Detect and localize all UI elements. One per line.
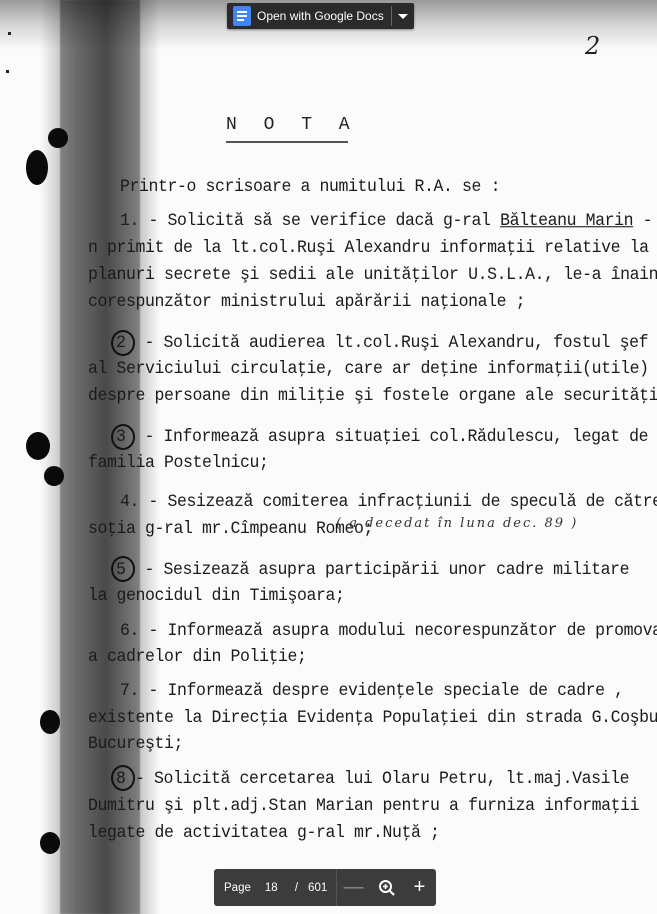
doc-line: Bucureşti;	[88, 733, 183, 754]
minus-icon: —	[344, 876, 364, 899]
google-docs-icon	[233, 6, 251, 26]
punch-hole	[40, 832, 60, 854]
doc-line: Dumitru şi plt.adj.Stan Marian pentru a …	[88, 795, 639, 816]
plus-icon: +	[414, 876, 426, 899]
page-navigator: Page 18 / 601 — +	[214, 869, 436, 906]
zoom-reset-button[interactable]	[370, 869, 403, 906]
title-underline	[226, 141, 348, 143]
handwritten-note: ( a decedat în luna dec. 89 )	[336, 516, 578, 531]
page-total: 601	[308, 882, 330, 894]
underlined-name: Bălteanu Marin	[500, 210, 633, 231]
open-with-label: Open with Google Docs	[257, 9, 384, 23]
doc-line: la genocidul din Timişoara;	[88, 585, 345, 606]
doc-line: corespunzător ministrului apărării naţio…	[88, 291, 525, 312]
document-title: N O T A	[226, 115, 350, 135]
doc-line: 7. - Informează despre evidenţele specia…	[120, 680, 624, 701]
doc-line: 5 - Sesizează asupra participării unor c…	[116, 559, 629, 580]
punch-hole	[44, 466, 64, 486]
doc-line: 3 - Informează asupra situaţiei col.Rădu…	[116, 426, 648, 447]
page-number-input[interactable]: 18	[265, 882, 289, 894]
open-with-dropdown[interactable]	[392, 3, 414, 29]
doc-line: soţia g-ral mr.Cîmpeanu Romeo;	[88, 518, 373, 539]
doc-line: familia Postelnicu;	[88, 452, 269, 473]
doc-line: 4. - Sesizează comiterea infracţiunii de…	[120, 491, 657, 512]
doc-line: legate de activitatea g-ral mr.Nuţă ;	[88, 822, 440, 843]
punch-hole	[26, 150, 48, 185]
doc-line-text: 1. - Solicită să se verifice dacă g-ral	[120, 210, 500, 231]
doc-line: planuri secrete şi sedii ale unităţilor …	[88, 264, 657, 285]
zoom-magnifier-icon	[378, 879, 396, 897]
punch-hole	[40, 710, 60, 734]
doc-line: n primit de la lt.col.Ruşi Alexandru inf…	[88, 237, 649, 258]
page-separator: /	[295, 882, 298, 894]
pdf-page: 2 N O T A Printr-o scrisoare a numitului…	[0, 0, 657, 914]
doc-line: a cadrelor din Poliţie;	[88, 646, 307, 667]
zoom-in-button[interactable]: +	[403, 869, 436, 906]
doc-line: 1. - Solicită să se verifice dacă g-ral …	[120, 210, 657, 231]
punch-hole	[48, 128, 68, 148]
doc-line-tail: - care	[633, 210, 657, 231]
speck	[8, 32, 11, 35]
doc-line: 2 - Solicită audierea lt.col.Ruşi Alexan…	[116, 332, 648, 353]
doc-line: al Serviciului circulaţie, care ar deţin…	[88, 358, 649, 379]
punch-hole	[26, 432, 50, 460]
speck	[6, 70, 9, 73]
doc-line: 8 - Solicită cercetarea lui Olaru Petru,…	[116, 768, 629, 789]
doc-line: existente la Direcţia Evidenţa Populaţie…	[88, 707, 657, 728]
zoom-out-button[interactable]: —	[337, 869, 370, 906]
page-label: Page	[224, 882, 251, 894]
handwritten-page-number: 2	[585, 32, 600, 60]
doc-line: Printr-o scrisoare a numitului R.A. se :	[120, 176, 500, 197]
doc-line: 6. - Informează asupra modului necorespu…	[120, 620, 657, 641]
chevron-down-icon	[398, 14, 408, 19]
doc-line: despre persoane din miliţie şi fostele o…	[88, 385, 657, 406]
open-with-google-docs-button[interactable]: Open with Google Docs	[227, 3, 414, 29]
